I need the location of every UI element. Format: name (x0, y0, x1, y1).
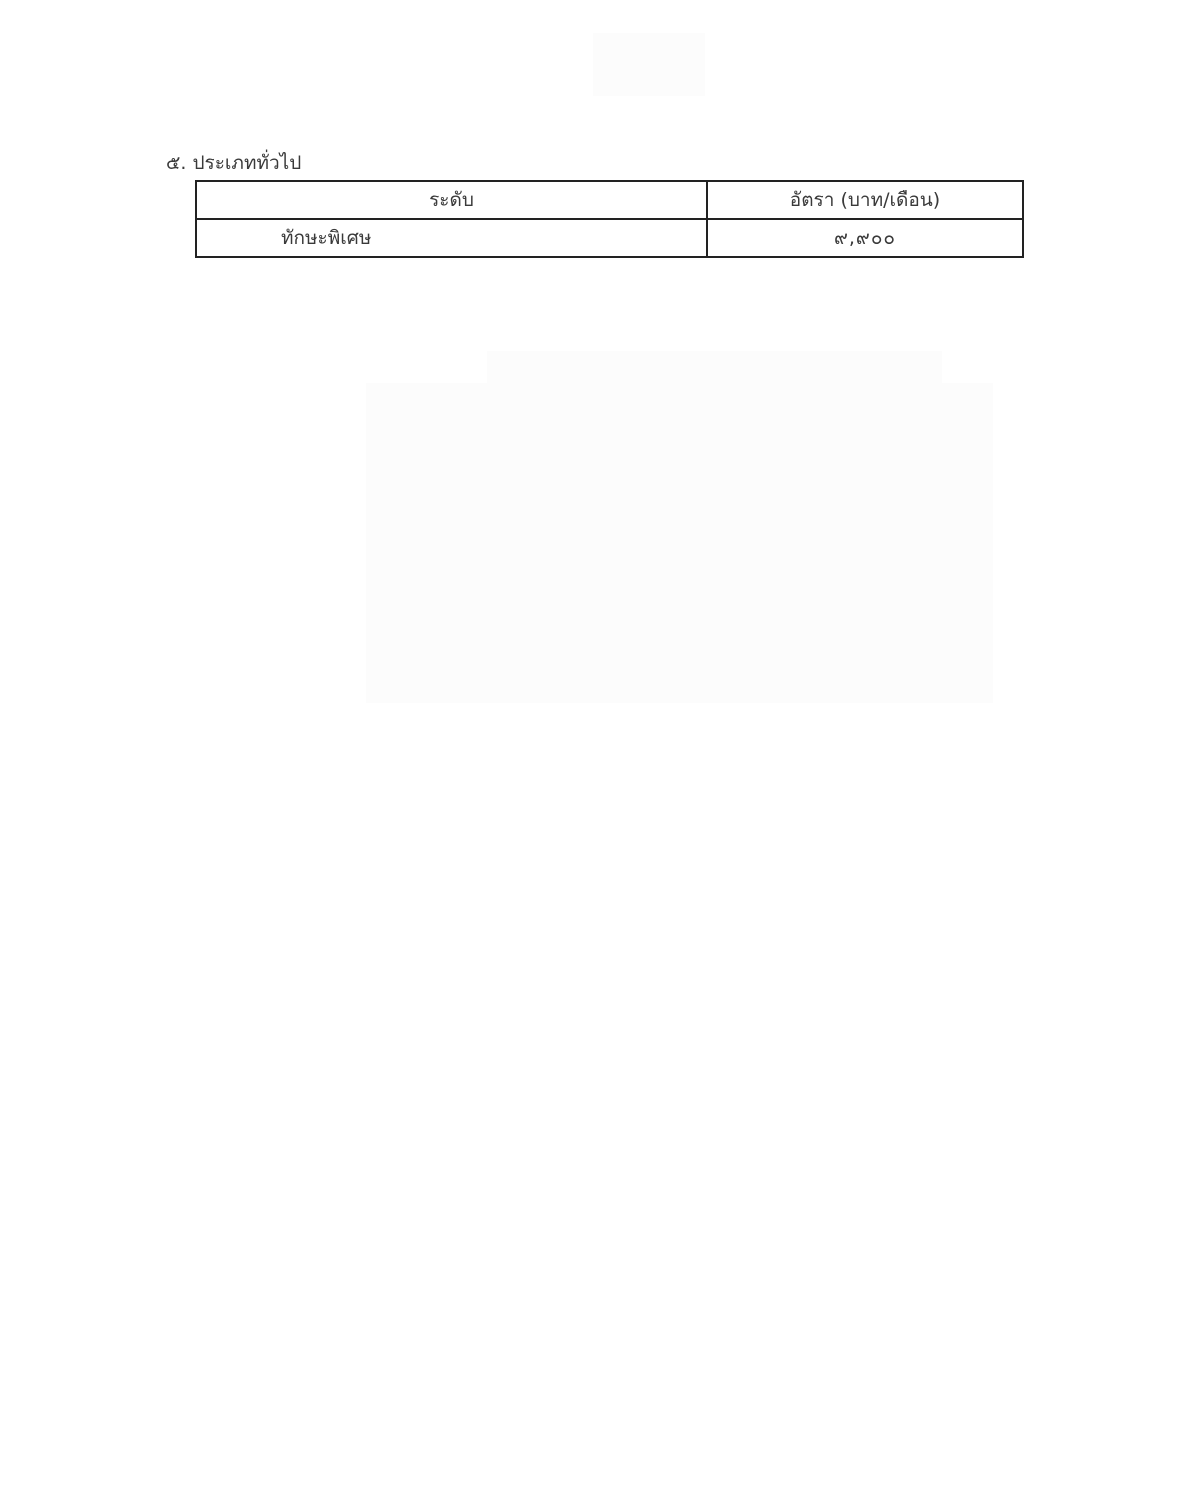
column-header-rate: อัตรา (บาท/เดือน) (707, 181, 1023, 219)
rate-table: ระดับ อัตรา (บาท/เดือน) ทักษะพิเศษ ๙,๙๐๐ (195, 180, 1024, 258)
cell-level: ทักษะพิเศษ (196, 219, 707, 257)
column-header-level: ระดับ (196, 181, 707, 219)
table-row: ทักษะพิเศษ ๙,๙๐๐ (196, 219, 1023, 257)
cell-rate: ๙,๙๐๐ (707, 219, 1023, 257)
scan-artifact (366, 383, 993, 703)
scan-artifact (593, 33, 705, 96)
table-header-row: ระดับ อัตรา (บาท/เดือน) (196, 181, 1023, 219)
scan-artifact (487, 351, 942, 385)
section-heading: ๕. ประเภททั่วไป (166, 150, 301, 176)
